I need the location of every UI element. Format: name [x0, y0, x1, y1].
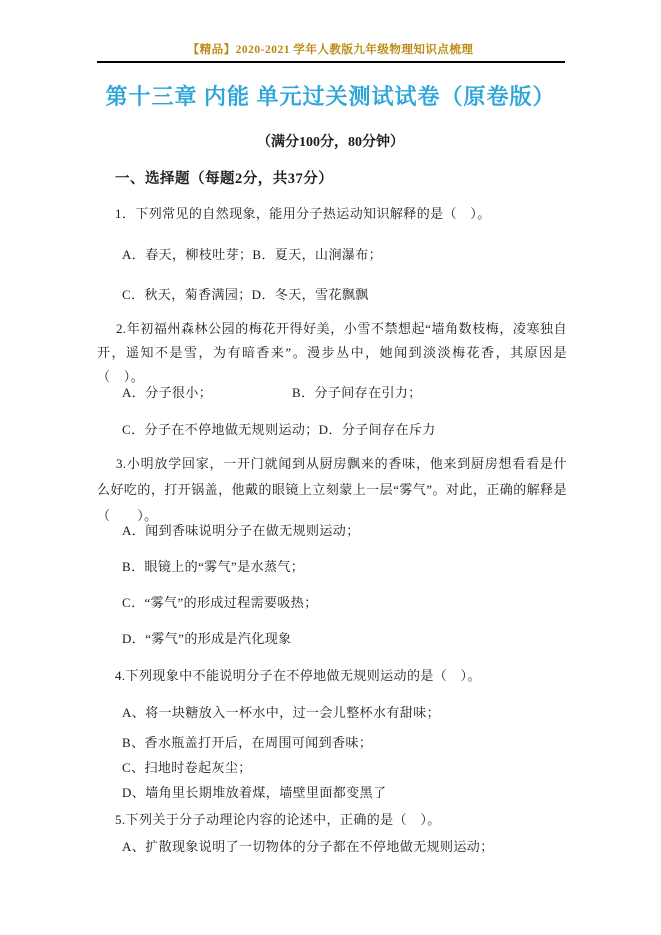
question-2-stem: 2.年初福州森林公园的梅花开得好美，小雪不禁想起“墙角数枝梅，凌寒独自开，遥知不… — [97, 317, 567, 389]
question-3-stem: 3.小明放学回家，一开门就闻到从厨房飘来的香味，他来到厨房想看看是什么好吃的，打… — [97, 451, 567, 529]
question-5-option-a: A、扩散现象说明了一切物体的分子都在不停地做无规则运动； — [122, 836, 494, 855]
question-2-options-ab: A．分子很小；B．分子间存在引力； — [122, 382, 422, 401]
question-1-option-a: A．春天，柳枝吐芽； — [122, 247, 252, 262]
header-divider-rule — [97, 61, 565, 63]
document-header: 【精品】2020-2021 学年人教版九年级物理知识点梳理 — [0, 41, 661, 57]
document-page: 【精品】2020-2021 学年人教版九年级物理知识点梳理 第十三章 内能 单元… — [0, 0, 661, 935]
question-1-options-cd: C．秋天，菊香满园；D．冬天，雪花飘飘 — [122, 284, 369, 303]
question-1-option-b: B．夏天，山涧瀑布； — [252, 247, 382, 262]
question-2-options-cd: C．分子在不停地做无规则运动；D．分子间存在斥力 — [122, 419, 436, 438]
page-title: 第十三章 内能 单元过关测试试卷（原卷版） — [0, 80, 661, 111]
question-1-option-d: D．冬天，雪花飘飘 — [252, 287, 369, 302]
question-3-option-b: B．眼镜上的“雾气”是水蒸气； — [122, 556, 304, 575]
question-4-option-a: A、将一块糖放入一杯水中，过一会儿整杯水有甜味； — [122, 702, 440, 721]
question-4-option-d: D、墙角里长期堆放着煤，墙壁里面都变黑了 — [122, 782, 386, 801]
question-3-option-c: C．“雾气”的形成过程需要吸热； — [122, 592, 318, 611]
question-2-option-a: A．分子很小； — [122, 382, 292, 401]
question-1-option-c: C．秋天，菊香满园； — [122, 287, 252, 302]
question-3-option-a: A．闻到香味说明分子在做无规则运动； — [122, 520, 360, 539]
question-3-option-d: D．“雾气”的形成是汽化现象 — [122, 628, 292, 647]
question-4-option-b: B、香水瓶盖打开后，在周围可闻到香味； — [122, 732, 372, 751]
question-2-option-b: B．分子间存在引力； — [292, 385, 422, 400]
score-duration-note: （满分100分，80分钟） — [0, 131, 661, 151]
question-4-stem: 4.下列现象中不能说明分子在不停地做无规则运动的是（ ）。 — [115, 665, 481, 684]
question-5-stem: 5.下列关于分子动理论内容的论述中，正确的是（ ）。 — [115, 809, 441, 828]
question-2-option-d: D．分子间存在斥力 — [319, 422, 436, 437]
question-1-options-ab: A．春天，柳枝吐芽；B．夏天，山涧瀑布； — [122, 244, 382, 263]
section-heading-choice-questions: 一、选择题（每题2分，共37分） — [115, 167, 333, 188]
question-2-option-c: C．分子在不停地做无规则运动； — [122, 422, 319, 437]
question-4-option-c: C、扫地时卷起灰尘； — [122, 757, 252, 776]
question-1-stem: 1．下列常见的自然现象，能用分子热运动知识解释的是（ ）。 — [115, 203, 491, 222]
